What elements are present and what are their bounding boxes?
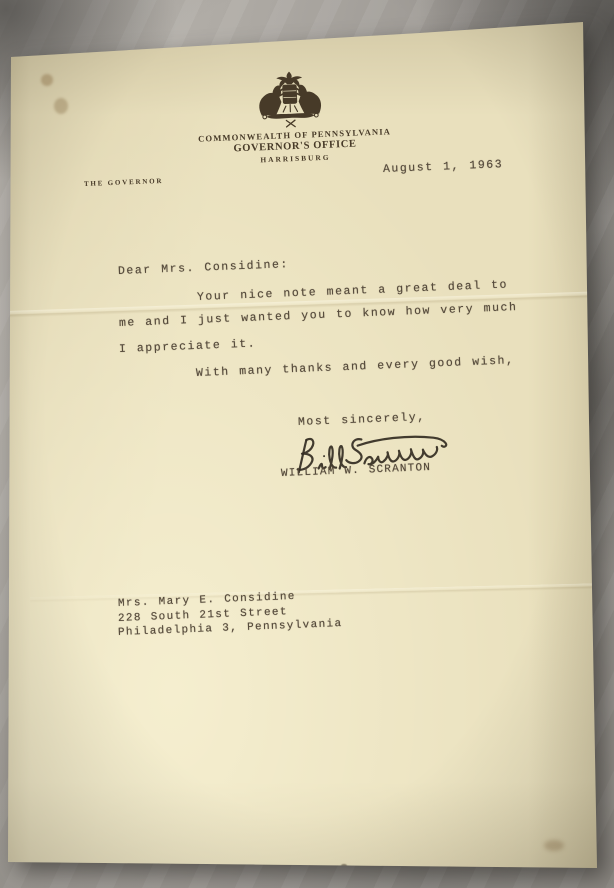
- paper-stain: [341, 864, 347, 867]
- letter-date: August 1, 1963: [383, 158, 504, 176]
- photo-background: COMMONWEALTH OF PENNSYLVANIA GOVERNOR'S …: [0, 0, 614, 888]
- letter-closing: Most sincerely,: [298, 411, 426, 429]
- letter-body-line: me and I just wanted you to know how ver…: [119, 301, 518, 330]
- letter-paper: COMMONWEALTH OF PENNSYLVANIA GOVERNOR'S …: [0, 0, 614, 888]
- letter-body-line: With many thanks and every good wish,: [196, 354, 515, 380]
- fold-crease-lower: [30, 583, 600, 603]
- letter-body-line: Your nice note meant a great deal to: [197, 279, 509, 304]
- paper-stain: [544, 840, 564, 851]
- letter-body-line: I appreciate it.: [119, 337, 257, 355]
- paper-stain: [54, 98, 68, 114]
- governor-office-label: THE GOVERNOR: [84, 177, 164, 188]
- pennsylvania-coat-of-arms-icon: [246, 69, 334, 134]
- letter-salutation: Dear Mrs. Considine:: [118, 258, 289, 278]
- letter-paper-shadow: COMMONWEALTH OF PENNSYLVANIA GOVERNOR'S …: [0, 0, 614, 888]
- paper-stain: [41, 74, 53, 86]
